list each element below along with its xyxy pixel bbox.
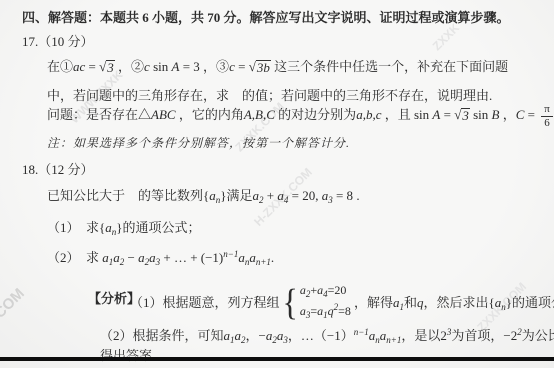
analysis-item-1: （1）根据题意，列方程组 { a2+a4=20 a3=a1q2=8 ，解得a1和… <box>130 283 554 320</box>
exam-document-page: COM WWW.ZXXK ZXXK.COM ZXXK H-ZXXK.COM ZX… <box>0 0 554 368</box>
q18-number: 18.（12 分） <box>22 159 94 178</box>
q18-item-2: （2） 求 a1a2 − a2a3 + … + (−1)n−1anan+1. <box>47 247 274 267</box>
left-brace: { <box>283 283 298 320</box>
q17-problem: 问题：是否存在△ABC ，它的内角A,B,C 的对边分别为a,b,c ，且 si… <box>47 103 554 129</box>
equation-system: { a2+a4=20 a3=a1q2=8 <box>283 283 351 320</box>
analysis-item-1-pre: （1）根据题意，列方程组 <box>130 292 280 311</box>
q17-note: 注：如果选择多个条件分别解答，按第一个解答计分. <box>47 134 350 151</box>
q18-item-1: （1） 求{an}的通项公式； <box>47 217 201 237</box>
bottom-rule <box>0 357 554 361</box>
equation-line-1: a2+a4=20 <box>300 283 351 299</box>
q17-intro: 在①ac = √3 ，②c sin A = 3 ，③c = √3b 这三个条件中… <box>47 52 517 110</box>
q18-intro: 已知公比大于 的等比数列{an}满足a2 + a4 = 20, a3 = 8 . <box>47 185 360 205</box>
q17-number: 17.（10 分） <box>22 31 94 50</box>
analysis-item-1-post: ，解得a1和q，然后求出{an}的通项公式； <box>354 292 554 312</box>
analysis-item-2: （2）根据条件，可知a1a2，−a2a3，…（−1）n−1anan+1，是以23… <box>100 325 554 345</box>
section-header: 四、解答题：本题共 6 小题，共 70 分。解答应写出文字说明、证明过程或演算步… <box>22 7 510 26</box>
equation-line-2: a3=a1q2=8 <box>300 302 351 320</box>
analysis-item-2-continuation: 得出答案. <box>100 345 155 364</box>
watermark-fragment: COM <box>0 285 28 322</box>
